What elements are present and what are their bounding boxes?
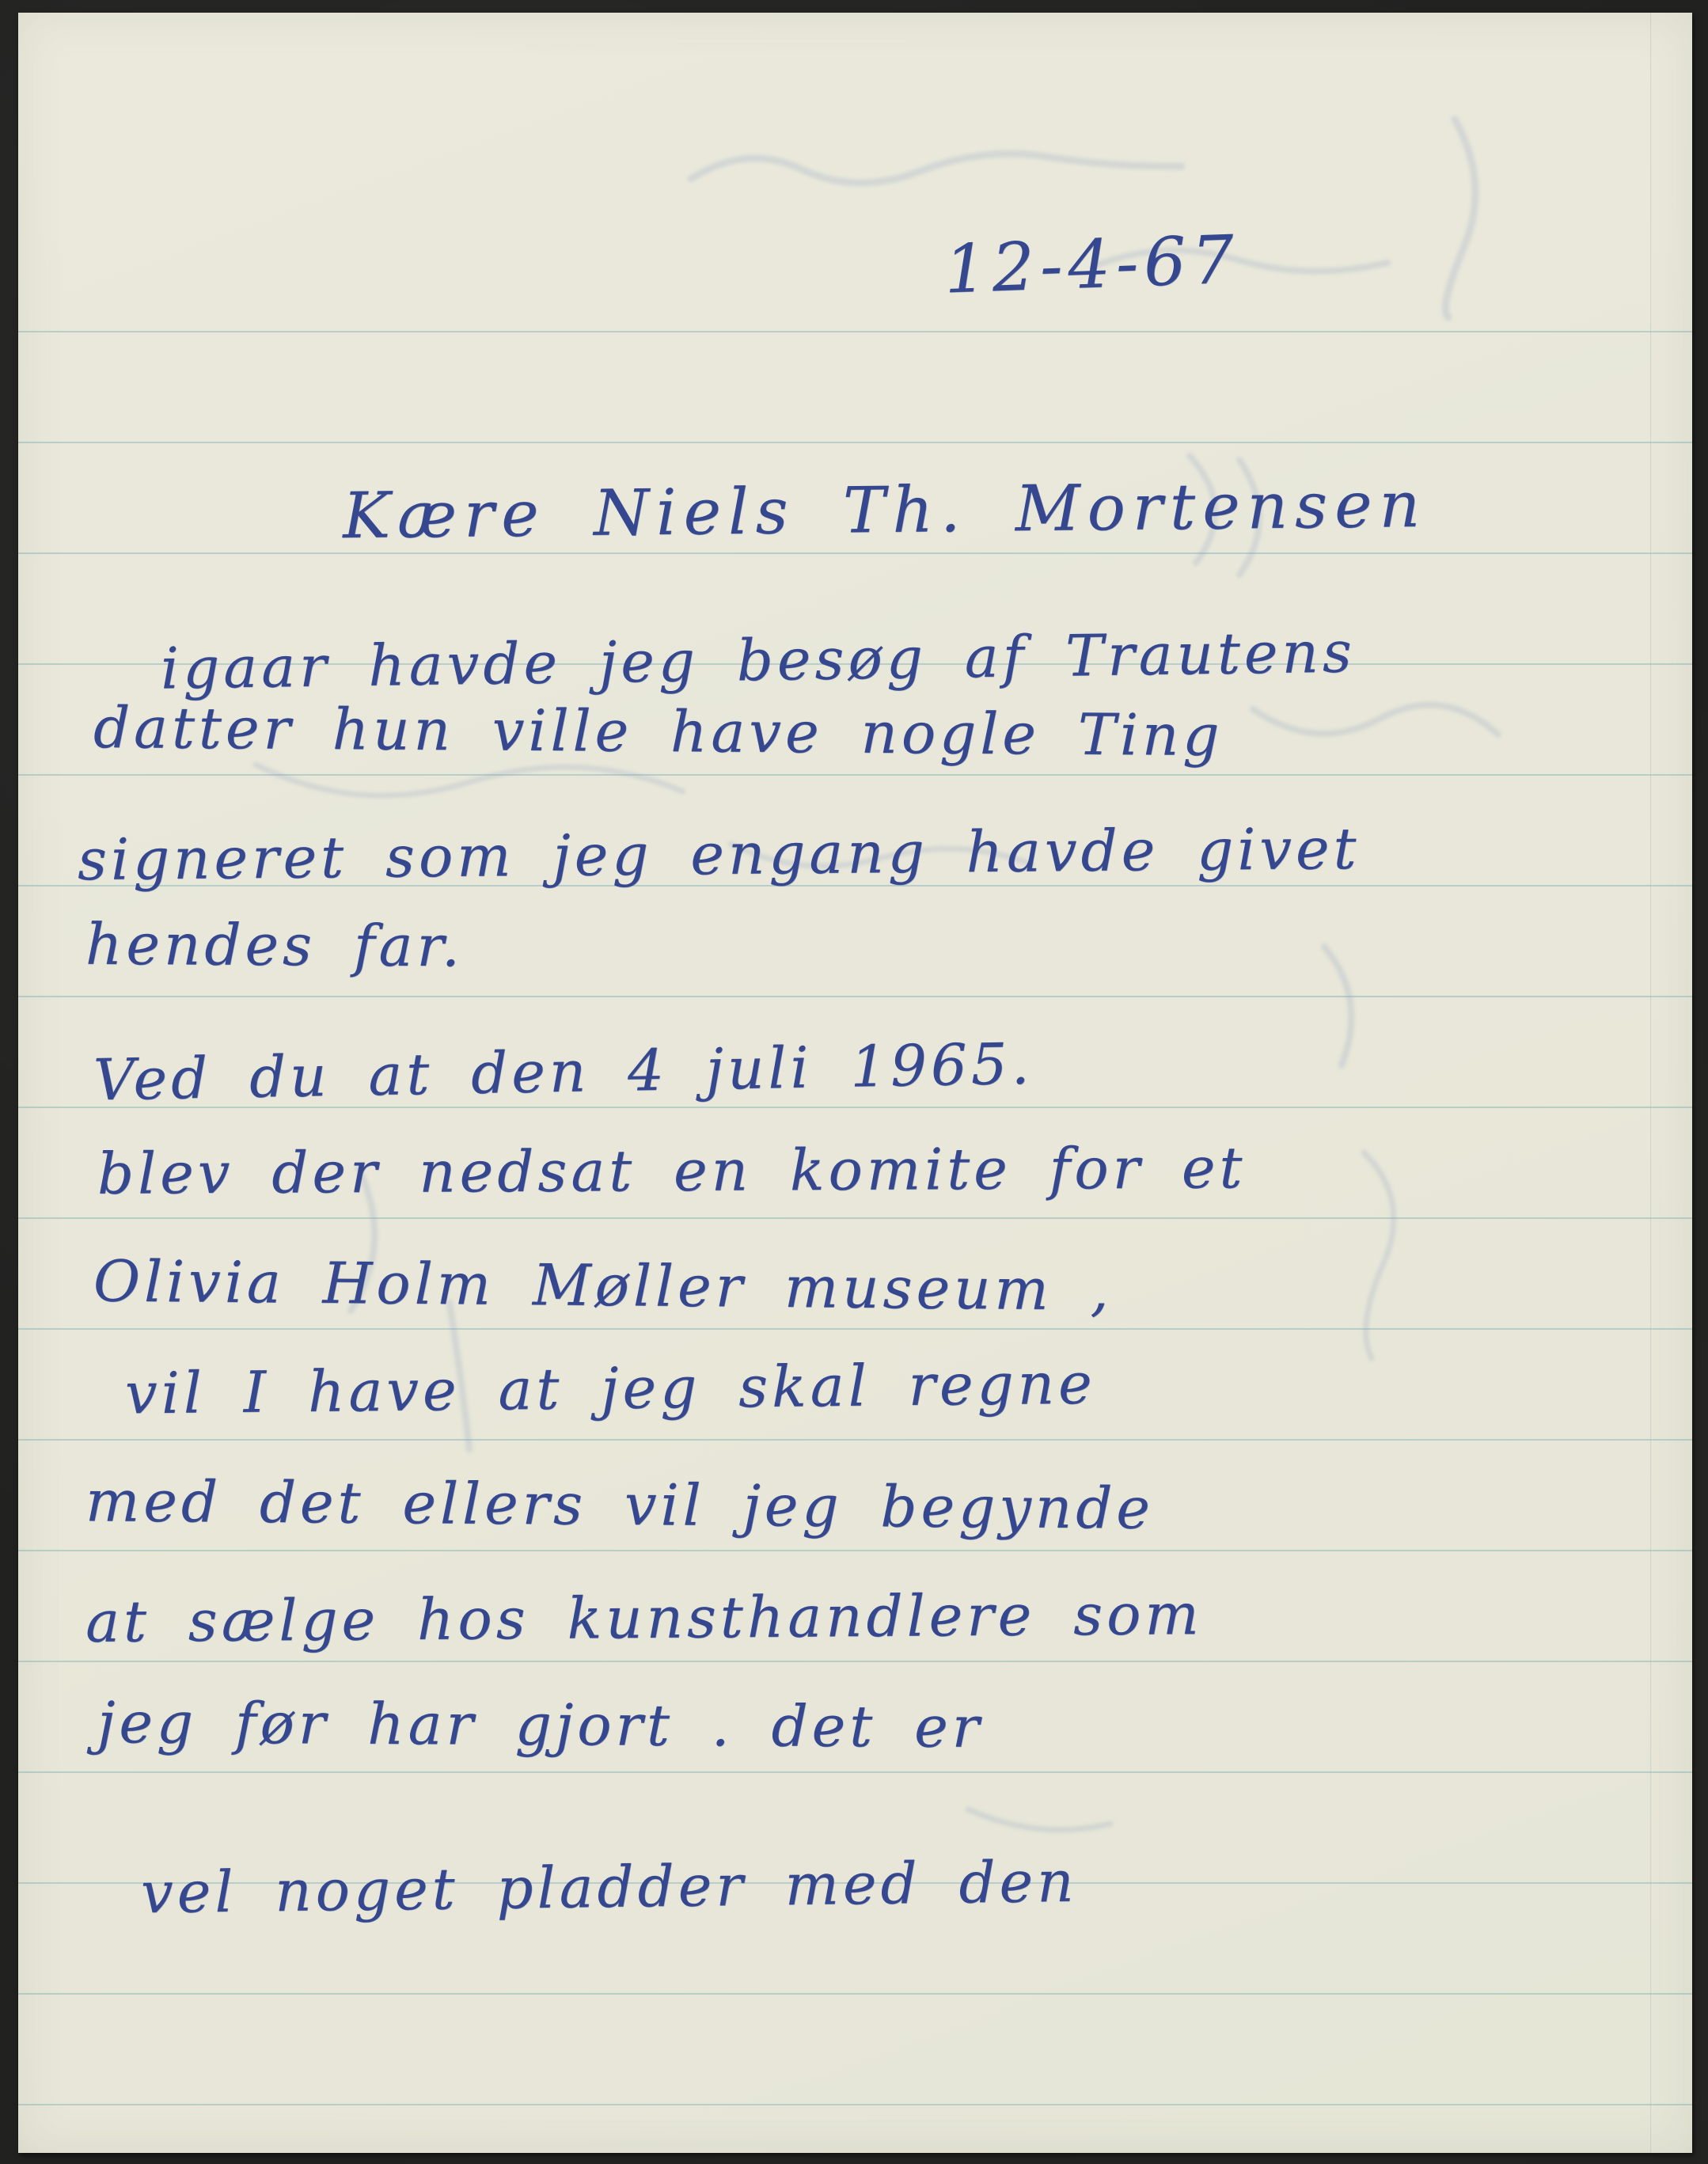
handwritten-line: med det ellers vil jeg begynde (85, 1470, 1154, 1540)
handwritten-line: vil I have at jeg skal regne (125, 1353, 1096, 1426)
handwritten-line: blev der nedsat en komite for et (97, 1137, 1247, 1205)
scan-background: 12-4-67 Kære Niels Th. Mortensen igaar h… (0, 0, 1708, 2164)
handwritten-line: jeg før har gjort . det er (97, 1691, 984, 1759)
letter-date: 12-4-67 (943, 223, 1241, 306)
paper-crease (1650, 13, 1653, 2153)
handwritten-line: Olivia Holm Møller museum , (93, 1250, 1113, 1321)
handwritten-line: datter hun ville have nogle Ting (93, 697, 1224, 767)
handwritten-line: hendes far. (85, 913, 464, 978)
handwritten-line: at sælge hos kunsthandlere som (85, 1583, 1203, 1653)
handwritten-line: signeret som jeg engang havde givet (78, 818, 1361, 891)
letter-salutation: Kære Niels Th. Mortensen (343, 470, 1428, 551)
letter-page: 12-4-67 Kære Niels Th. Mortensen igaar h… (18, 13, 1692, 2153)
handwritten-line: vel noget pladder med den (141, 1851, 1078, 1925)
